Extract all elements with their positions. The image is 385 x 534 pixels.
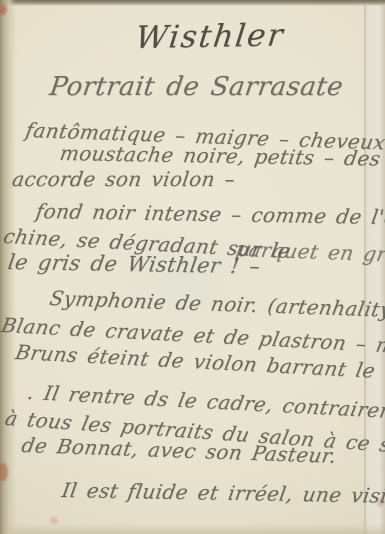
- handwriting-line: Il est fluide et irréel, une vision: [60, 478, 385, 508]
- page-top-edge-shadow: [0, 0, 385, 6]
- foxing-spot: [50, 517, 58, 524]
- manuscript-page: Wisthler Portrait de Sarrasate fantômati…: [0, 0, 385, 534]
- handwriting-line: accorde son violon –: [11, 167, 237, 191]
- page-bottom-edge-shadow: [0, 524, 385, 534]
- handwriting-line: le gris de Wisthler ! –: [6, 250, 262, 278]
- page-heading: Portrait de Sarrasate: [48, 72, 345, 102]
- page-title: Wisthler: [134, 17, 287, 56]
